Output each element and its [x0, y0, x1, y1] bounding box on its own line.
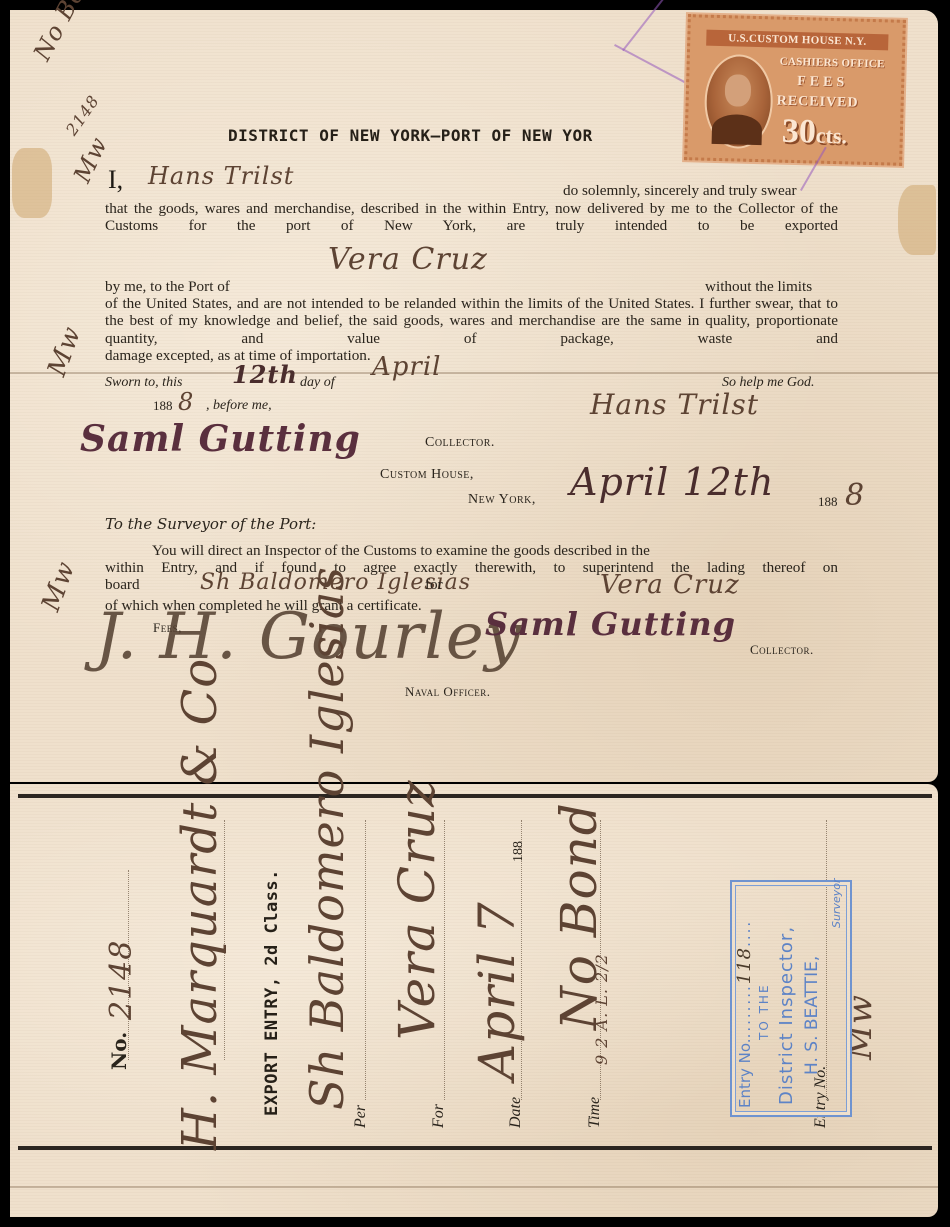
sworn-day-of: day of	[300, 375, 335, 391]
port-handwritten: Vera Cruz	[328, 242, 488, 277]
oath-paragraph-1: that the goods, wares and merchandise, d…	[105, 200, 838, 235]
per-handwritten: Sh Baldomero Iglesias	[300, 566, 354, 1110]
inspector-line2: H. S. BEATTIE,	[802, 956, 822, 1075]
surveyor-board: board	[105, 576, 140, 594]
collector-label-top: Collector.	[425, 435, 495, 451]
revenue-stamp: U.S.CUSTOM HOUSE N.Y. CASHIERS OFFICE FE…	[684, 14, 906, 166]
for-label: For	[430, 1104, 448, 1128]
docket-title: EXPORT ENTRY, 2d Class.	[262, 869, 282, 1116]
inspector-surveyor: Surveyor	[830, 878, 843, 928]
stamp-value: 30cts.	[781, 113, 847, 153]
custom-house-line1: Custom House,	[380, 467, 474, 483]
docket-top-rule	[18, 794, 932, 798]
docket-bottom-rule	[18, 1146, 932, 1150]
fold-line	[10, 372, 938, 374]
custom-house-line2: New York,	[468, 492, 536, 508]
surveyor-for: for	[425, 576, 443, 594]
surveyor-heading: To the Surveyor of the Port:	[105, 515, 316, 533]
sworn-day-handwritten: 12th	[232, 360, 298, 389]
stamp-line3: RECEIVED	[776, 94, 858, 112]
stamp-line1: CASHIERS OFFICE	[780, 56, 885, 71]
date-label: Date	[507, 1097, 525, 1128]
exporter-handwritten: H. Marquardt & Co	[172, 658, 228, 1150]
stamp-value-unit: cts.	[816, 123, 848, 149]
port-prefix: by me, to the Port of	[105, 278, 230, 296]
docket-no-handwritten: 2148	[104, 940, 139, 1020]
custom-house-year-prefix: 188	[818, 494, 838, 510]
fold-line-bottom	[10, 1186, 938, 1188]
time-label: Time	[586, 1097, 604, 1128]
date-handwritten: April 7	[468, 901, 526, 1080]
before-me: , before me,	[206, 398, 272, 414]
destination-handwritten: Vera Cruz	[600, 570, 740, 600]
collector-signature-bottom: Saml Gutting	[485, 605, 736, 643]
custom-house-date-handwritten: April 12th	[570, 460, 774, 504]
sworn-month-handwritten: April	[372, 352, 441, 382]
for-handwritten: Vera Cruz	[388, 780, 446, 1040]
year-handwritten: 8	[178, 388, 194, 416]
oath-paragraph-2: of the United States, and are not intend…	[105, 295, 838, 347]
sworn-prefix: Sworn to, this	[105, 375, 182, 391]
surveyor-para-first: You will direct an Inspector of the Cust…	[152, 542, 650, 560]
inspector-entry-no: Entry No.........118....	[734, 920, 755, 1108]
declarant-signature: Hans Trilst	[590, 388, 759, 421]
stamp-portrait	[703, 54, 773, 150]
per-label: Per	[352, 1105, 370, 1128]
time-handwritten: 9 2 A. L. 2/2	[592, 953, 611, 1065]
collector-signature-top: Saml Gutting	[80, 418, 361, 460]
collector-label-bottom: Collector.	[750, 642, 814, 658]
port-suffix: without the limits	[705, 278, 812, 296]
year-prefix: 188	[153, 398, 173, 414]
stamp-value-number: 30	[781, 113, 816, 151]
document-title: DISTRICT OF NEW YORK—PORT OF NEW YOR	[228, 126, 593, 145]
stamp-banner: U.S.CUSTOM HOUSE N.Y.	[706, 30, 888, 51]
inspector-entry-no-label: Entry No.	[736, 1038, 754, 1108]
inspector-line1: District Inspector,	[776, 926, 797, 1105]
stain-left	[12, 148, 52, 218]
date-year: 188	[511, 841, 527, 862]
declarant-name-handwritten: Hans Trilst	[148, 162, 294, 190]
stamp-line2: FEES	[797, 74, 848, 91]
inspector-to-the: TO THE	[757, 983, 771, 1040]
oath-line1-tail: do solemnly, sincerely and truly swear	[563, 182, 797, 200]
docket-no-label: No.	[107, 1032, 131, 1070]
inspector-entry-no-value: 118	[734, 947, 755, 984]
stain-right	[898, 185, 936, 255]
oath-opening: I,	[108, 165, 123, 195]
custom-house-year-handwritten: 8	[845, 478, 865, 513]
per-dotted-line	[365, 820, 366, 1100]
naval-officer-label: Naval Officer.	[405, 684, 490, 700]
